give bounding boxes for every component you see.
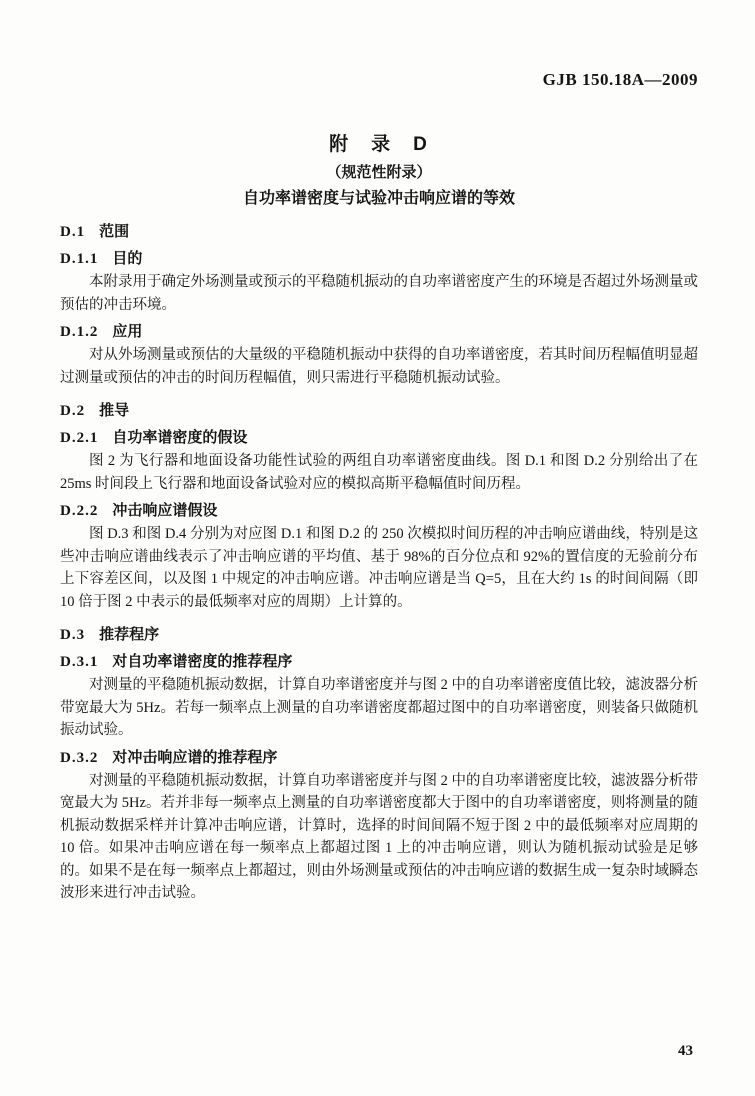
heading-number: D.2: [60, 403, 85, 419]
heading-text: 自功率谱密度的假设: [112, 429, 247, 446]
heading-text: 推导: [99, 402, 129, 419]
paragraph-d1-1: 本附录用于确定外场测量或预示的平稳随机振动的自功率谱密度产生的环境是否超过外场测…: [60, 271, 698, 316]
heading-text: 冲击响应谱假设: [112, 502, 217, 519]
page-number: 43: [678, 1043, 693, 1060]
heading-d2: D.2推导: [60, 400, 698, 422]
document-page: GJB 150.18A—2009 附 录 D （规范性附录） 自功率谱密度与试验…: [0, 0, 755, 1096]
document-header: GJB 150.18A—2009: [60, 0, 698, 90]
heading-number: D.1.2: [60, 324, 98, 340]
paragraph-d3-1: 对测量的平稳随机振动数据，计算自功率谱密度并与图 2 中的自功率谱密度值比较，滤…: [60, 674, 698, 742]
appendix-title: 附 录 D: [60, 132, 698, 158]
title-block: 附 录 D （规范性附录） 自功率谱密度与试验冲击响应谱的等效: [60, 132, 698, 210]
heading-number: D.1: [60, 224, 85, 240]
paragraph-d3-2: 对测量的平稳随机振动数据，计算自功率谱密度并与图 2 中的自功率谱密度比较，滤波…: [60, 770, 698, 905]
standard-number: GJB 150.18A—2009: [543, 70, 698, 89]
heading-text: 推荐程序: [99, 626, 159, 643]
paragraph-d2-2: 图 D.3 和图 D.4 分别为对应图 D.1 和图 D.2 的 250 次模拟…: [60, 523, 698, 613]
heading-d2-2: D.2.2冲击响应谱假设: [60, 500, 698, 522]
heading-text: 目的: [112, 250, 142, 267]
heading-text: 对自功率谱密度的推荐程序: [112, 653, 292, 670]
heading-d3: D.3推荐程序: [60, 624, 698, 646]
heading-number: D.3: [60, 627, 85, 643]
heading-d1-1: D.1.1目的: [60, 248, 698, 270]
heading-number: D.3.1: [60, 654, 98, 670]
heading-d3-2: D.3.2对冲击响应谱的推荐程序: [60, 747, 698, 769]
heading-d3-1: D.3.1对自功率谱密度的推荐程序: [60, 651, 698, 673]
heading-d1: D.1范围: [60, 221, 698, 243]
paragraph-d1-2: 对从外场测量或预估的大量级的平稳随机振动中获得的自功率谱密度，若其时间历程幅值明…: [60, 344, 698, 389]
paragraph-d2-1: 图 2 为飞行器和地面设备功能性试验的两组自功率谱密度曲线。图 D.1 和图 D…: [60, 450, 698, 495]
heading-number: D.1.1: [60, 251, 98, 267]
heading-text: 范围: [99, 223, 129, 240]
page-content: GJB 150.18A—2009 附 录 D （规范性附录） 自功率谱密度与试验…: [60, 0, 698, 905]
heading-number: D.3.2: [60, 750, 98, 766]
heading-number: D.2.2: [60, 503, 98, 519]
heading-text: 对冲击响应谱的推荐程序: [112, 749, 277, 766]
appendix-note: （规范性附录）: [60, 162, 698, 183]
heading-text: 应用: [112, 323, 142, 340]
heading-number: D.2.1: [60, 430, 98, 446]
heading-d1-2: D.1.2应用: [60, 321, 698, 343]
heading-d2-1: D.2.1自功率谱密度的假设: [60, 427, 698, 449]
appendix-subject: 自功率谱密度与试验冲击响应谱的等效: [60, 188, 698, 210]
